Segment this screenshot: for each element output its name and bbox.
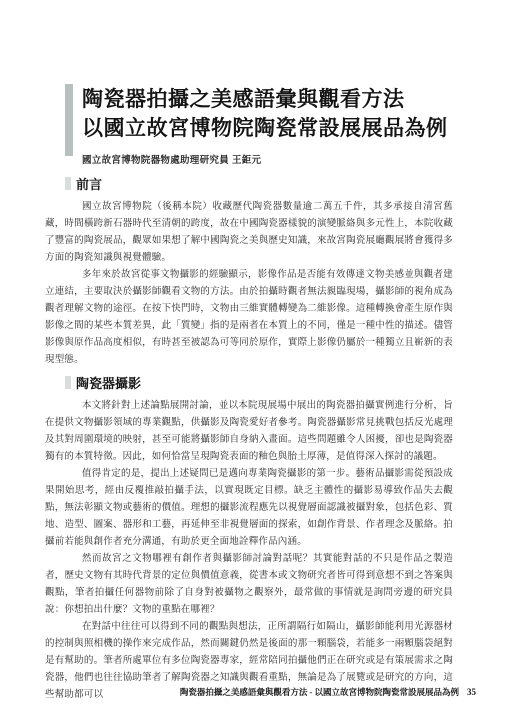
heading-marker-icon: [65, 376, 71, 389]
paragraph: 值得肯定的是，提出上述疑問已是邁向專業陶瓷攝影的第一步。藝術品攝影需從預設成果開…: [45, 465, 453, 550]
paragraph: 多年來於故宮從事文物攝影的經驗顯示，影像作品是否能有效傳達文物美感並與觀者建立連…: [45, 266, 453, 368]
footer-running-title: 陶瓷器拍攝之美感語彙與觀看方法 - 以國立故宮博物院陶瓷常設展展品為例: [180, 687, 459, 697]
section-heading-label: 陶瓷器攝影: [76, 373, 141, 392]
page-title-line1: 陶瓷器拍攝之美感語彙與觀看方法: [82, 85, 448, 114]
title-texts: 陶瓷器拍攝之美感語彙與觀看方法 以國立故宮博物院陶瓷常設展展品為例 國立故宮博物…: [82, 84, 448, 166]
section-heading-intro: 前言: [45, 176, 453, 191]
page-title-line2: 以國立故宮博物院陶瓷常設展展品為例: [82, 114, 448, 143]
page-footer: 陶瓷器拍攝之美感語彙與觀看方法 - 以國立故宮博物院陶瓷常設展展品為例35: [180, 686, 476, 698]
document-page: 陶瓷器拍攝之美感語彙與觀看方法 以國立故宮博物院陶瓷常設展展品為例 國立故宮博物…: [0, 0, 512, 724]
section-heading-ceramic-photography: 陶瓷器攝影: [45, 375, 453, 390]
title-block: 陶瓷器拍攝之美感語彙與觀看方法 以國立故宮博物院陶瓷常設展展品為例 國立故宮博物…: [65, 84, 448, 166]
paragraph: 然而故宮之文物哪裡有創作者與攝影師討論對話呢？其實能對話的不只是作品之製造者，歷…: [45, 550, 453, 618]
title-accent-bar: [65, 84, 73, 156]
heading-marker-icon: [65, 177, 71, 190]
paragraph: 本文將針對上述論點展開討論，並以本院現展場中展出的陶瓷器拍攝實例進行分析，旨在提…: [45, 397, 453, 465]
paragraph: 國立故宮博物院（後稱本院）收藏歷代陶瓷器數量逾二萬五千件，其多承接自清宮舊藏，時…: [45, 198, 453, 266]
author-line: 國立故宮博物院器物處助理研究員 王鉅元: [82, 152, 448, 166]
footer-page-number: 35: [467, 687, 476, 697]
section-heading-label: 前言: [76, 174, 102, 193]
article-body: 前言 國立故宮博物院（後稱本院）收藏歷代陶瓷器數量逾二萬五千件，其多承接自清宮舊…: [45, 176, 453, 703]
